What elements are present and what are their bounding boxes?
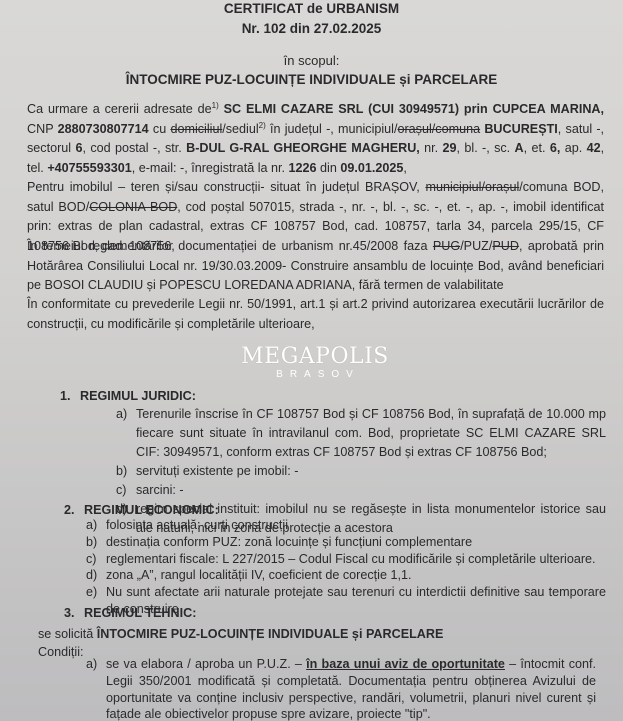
list-item: a)Terenurile înscrise în CF 108757 Bod ș… [116,405,606,462]
technic-request: se solicită ÎNTOCMIRE PUZ-LOCUINȚE INDIV… [38,627,443,641]
section-regimul-tehnic: 3.REGIMUL TEHNIC: [64,606,196,620]
document-number: Nr. 102 din 27.02.2025 [0,21,623,36]
basis-paragraph: În temeiul reglementărilor documentației… [27,237,604,296]
purpose-title: ÎNTOCMIRE PUZ-LOCUINȚE INDIVIDUALE și PA… [0,72,623,87]
watermark-logo-text: MEGAPOLIS [235,345,395,369]
list-item: c)sarcini: - [116,481,606,500]
technic-list: a) se va elabora / aproba un P.U.Z. – în… [86,656,596,721]
megapolis-watermark: MEGAPOLIS BRASOV [235,345,395,381]
economic-list: a)folosința actuală: curți construcții b… [86,517,606,618]
watermark-subtitle: BRASOV [241,369,395,381]
list-item: b)servituți existente pe imobil: - [116,462,606,481]
section-regimul-economic: 2.REGIMUL ECONOMIC: [64,503,219,517]
list-item: c)reglementari fiscale: L 227/2015 – Cod… [86,551,606,568]
conformity-paragraph: În conformitate cu prevederile Legii nr.… [27,295,604,334]
applicant-paragraph: Ca urmare a cererii adresate de1) SC ELM… [27,100,604,178]
certificate-page: CERTIFICAT de URBANISM Nr. 102 din 27.02… [0,0,623,721]
conditions-label: Condiții: [38,645,84,659]
scope-label: în scopul: [0,53,623,68]
document-title: CERTIFICAT de URBANISM [0,1,623,16]
list-item: d)zona „A”, rangul localității IV, coefi… [86,567,606,584]
list-item: a) se va elabora / aproba un P.U.Z. – în… [86,656,596,721]
list-item: b)destinația conform PUZ: zonă locuințe … [86,534,606,551]
section-regimul-juridic: 1.REGIMUL JURIDIC: [60,389,196,403]
list-item: a)folosința actuală: curți construcții [86,517,606,534]
